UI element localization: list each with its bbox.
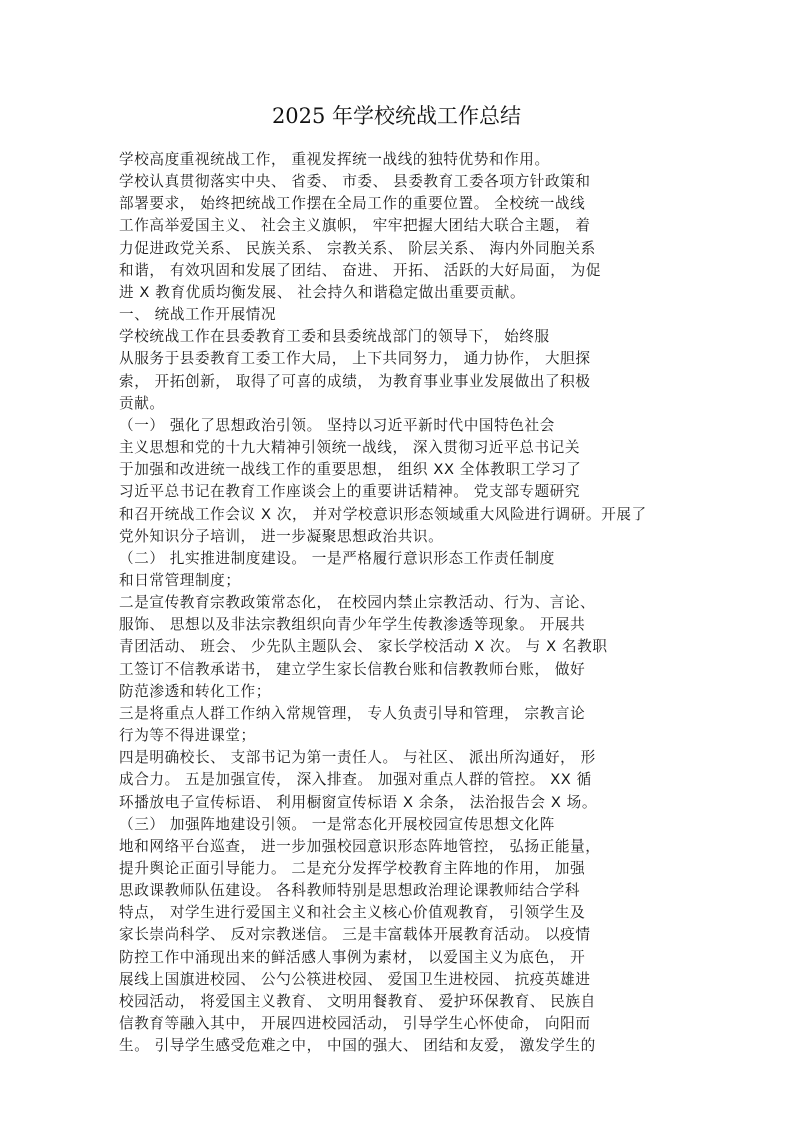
text-line: 成合力。 五是加强宣传， 深入排查。 加强对重点人群的管控。 XX 循 bbox=[119, 769, 699, 791]
text-line: 力促进政党关系、 民族关系、 宗教关系、 阶层关系、 海内外同胞关系 bbox=[119, 238, 699, 260]
text-line: 青团活动、 班会、 少先队主题队会、 家长学校活动 X 次。 与 X 名教职 bbox=[119, 636, 699, 658]
text-line: 党外知识分子培训， 进一步凝聚思想政治共识。 bbox=[119, 526, 699, 548]
text-line: 防范渗透和转化工作； bbox=[119, 681, 699, 703]
text-line: 和召开统战工作会议 X 次， 并对学校意识形态领域重大风险进行调研。开展了 bbox=[119, 504, 699, 526]
text-line: 地和网络平台巡查， 进一步加强校园意识形态阵地管控， 弘扬正能量， bbox=[119, 836, 699, 858]
text-line: 展线上国旗进校园、 公勺公筷进校园、 爱国卫生进校园、 抗疫英雄进 bbox=[119, 969, 699, 991]
text-line: 行为等不得进课堂； bbox=[119, 725, 699, 747]
text-line: 从服务于县委教育工委工作大局， 上下共同努力， 通力协作， 大胆探 bbox=[119, 348, 699, 370]
text-line: 信教育等融入其中， 开展四进校园活动， 引导学生心怀使命， 向阳而 bbox=[119, 1013, 699, 1035]
text-line: 防控工作中涌现出来的鲜活感人事例为素材， 以爱国主义为底色， 开 bbox=[119, 947, 699, 969]
text-line: 和谐， 有效巩固和发展了团结、 奋进、 开拓、 活跃的大好局面， 为促 bbox=[119, 260, 699, 282]
text-line: 思政课教师队伍建设。 各科教师特别是思想政治理论课教师结合学科 bbox=[119, 880, 699, 902]
text-line: 校园活动， 将爱国主义教育、 文明用餐教育、 爱护环保教育、 民族自 bbox=[119, 991, 699, 1013]
text-line: 进 X 教育优质均衡发展、 社会持久和谐稳定做出重要贡献。 bbox=[119, 282, 699, 304]
text-line: 和日常管理制度； bbox=[119, 570, 699, 592]
text-line: 主义思想和党的十九大精神引领统一战线， 深入贯彻习近平总书记关 bbox=[119, 437, 699, 459]
text-line: 家长崇尚科学、 反对宗教迷信。 三是丰富载体开展教育活动。 以疫情 bbox=[119, 924, 699, 946]
text-line: （一） 强化了思想政治引领。 坚持以习近平新时代中国特色社会 bbox=[119, 415, 699, 437]
text-line: 生。 引导学生感受危难之中， 中国的强大、 团结和友爱， 激发学生的 bbox=[119, 1035, 699, 1057]
text-line: 学校统战工作在县委教育工委和县委统战部门的领导下， 始终服 bbox=[119, 326, 699, 348]
text-line: 部署要求， 始终把统战工作摆在全局工作的重要位置。 全校统一战线 bbox=[119, 193, 699, 215]
text-line: 一、 统战工作开展情况 bbox=[119, 304, 699, 326]
text-line: 二是宣传教育宗教政策常态化， 在校园内禁止宗教活动、行为、言论、 bbox=[119, 592, 699, 614]
document-title: 2025 年学校统战工作总结 bbox=[0, 101, 793, 131]
document-body: 学校高度重视统战工作， 重视发挥统一战线的独特优势和作用。学校认真贯彻落实中央、… bbox=[119, 149, 699, 1057]
text-line: （三） 加强阵地建设引领。 一是常态化开展校园宣传思想文化阵 bbox=[119, 814, 699, 836]
text-line: 三是将重点人群工作纳入常规管理， 专人负责引导和管理， 宗教言论 bbox=[119, 703, 699, 725]
text-line: 环播放电子宣传标语、 利用橱窗宣传标语 X 余条， 法治报告会 X 场。 bbox=[119, 792, 699, 814]
text-line: 特点， 对学生进行爱国主义和社会主义核心价值观教育， 引领学生及 bbox=[119, 902, 699, 924]
text-line: 提升舆论正面引导能力。 二是充分发挥学校教育主阵地的作用， 加强 bbox=[119, 858, 699, 880]
text-line: 学校认真贯彻落实中央、 省委、 市委、 县委教育工委各项方针政策和 bbox=[119, 171, 699, 193]
text-line: 工作高举爱国主义、 社会主义旗帜， 牢牢把握大团结大联合主题， 着 bbox=[119, 215, 699, 237]
text-line: 于加强和改进统一战线工作的重要思想， 组织 XX 全体教职工学习了 bbox=[119, 459, 699, 481]
text-line: 贡献。 bbox=[119, 393, 699, 415]
text-line: 四是明确校长、 支部书记为第一责任人。 与社区、 派出所沟通好， 形 bbox=[119, 747, 699, 769]
text-line: 习近平总书记在教育工作座谈会上的重要讲话精神。 党支部专题研究 bbox=[119, 481, 699, 503]
text-line: 工签订不信教承诺书， 建立学生家长信教台账和信教教师台账， 做好 bbox=[119, 659, 699, 681]
text-line: （二） 扎实推进制度建设。 一是严格履行意识形态工作责任制度 bbox=[119, 548, 699, 570]
text-line: 学校高度重视统战工作， 重视发挥统一战线的独特优势和作用。 bbox=[119, 149, 699, 171]
document-page: 2025 年学校统战工作总结 学校高度重视统战工作， 重视发挥统一战线的独特优势… bbox=[0, 0, 793, 1122]
text-line: 服饰、 思想以及非法宗教组织向青少年学生传教渗透等现象。 开展共 bbox=[119, 614, 699, 636]
text-line: 索， 开拓创新， 取得了可喜的成绩， 为教育事业事业发展做出了积极 bbox=[119, 371, 699, 393]
